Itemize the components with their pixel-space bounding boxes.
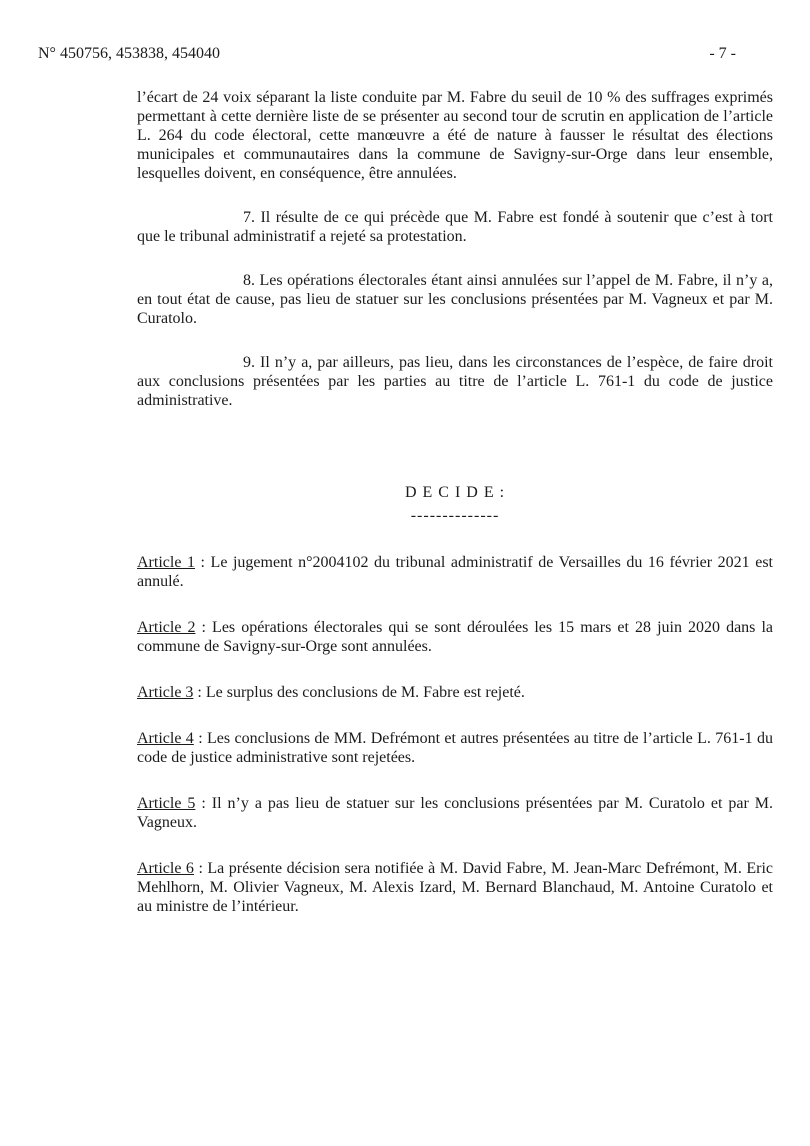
page-header: N° 450756, 453838, 454040 - 7 - (38, 44, 736, 63)
decide-heading: D E C I D E : (137, 483, 773, 502)
article-5-text: : Il n’y a pas lieu de statuer sur les c… (137, 795, 773, 831)
paragraph-7: 7. Il résulte de ce qui précède que M. F… (137, 208, 773, 246)
article-2-label: Article 2 (137, 619, 195, 636)
article-3-text: : Le surplus des conclusions de M. Fabre… (193, 684, 524, 701)
article-4-text: : Les conclusions de MM. Defrémont et au… (137, 730, 773, 766)
article-1-label: Article 1 (137, 554, 195, 571)
article-2: Article 2 : Les opérations électorales q… (137, 618, 773, 656)
decide-block: D E C I D E : -------------- (137, 483, 773, 525)
article-3: Article 3 : Le surplus des conclusions d… (137, 683, 773, 702)
article-4-label: Article 4 (137, 730, 194, 747)
paragraph-9: 9. Il n’y a, par ailleurs, pas lieu, dan… (137, 353, 773, 410)
article-4: Article 4 : Les conclusions de MM. Defré… (137, 729, 773, 767)
article-2-text: : Les opérations électorales qui se sont… (137, 619, 773, 655)
case-numbers: N° 450756, 453838, 454040 (38, 44, 220, 63)
article-6-label: Article 6 (137, 860, 194, 877)
page-number: - 7 - (709, 44, 736, 63)
article-5-label: Article 5 (137, 795, 195, 812)
article-1: Article 1 : Le jugement n°2004102 du tri… (137, 553, 773, 591)
article-5: Article 5 : Il n’y a pas lieu de statuer… (137, 794, 773, 832)
document-page: N° 450756, 453838, 454040 - 7 - l’écart … (0, 0, 810, 1146)
article-1-text: : Le jugement n°2004102 du tribunal admi… (137, 554, 773, 590)
document-body: l’écart de 24 voix séparant la liste con… (137, 88, 773, 916)
article-6-text: : La présente décision sera notifiée à M… (137, 860, 773, 915)
decide-underline: -------------- (137, 506, 773, 525)
paragraph-continuation: l’écart de 24 voix séparant la liste con… (137, 88, 773, 183)
article-3-label: Article 3 (137, 684, 193, 701)
paragraph-8: 8. Les opérations électorales étant ains… (137, 271, 773, 328)
article-6: Article 6 : La présente décision sera no… (137, 859, 773, 916)
